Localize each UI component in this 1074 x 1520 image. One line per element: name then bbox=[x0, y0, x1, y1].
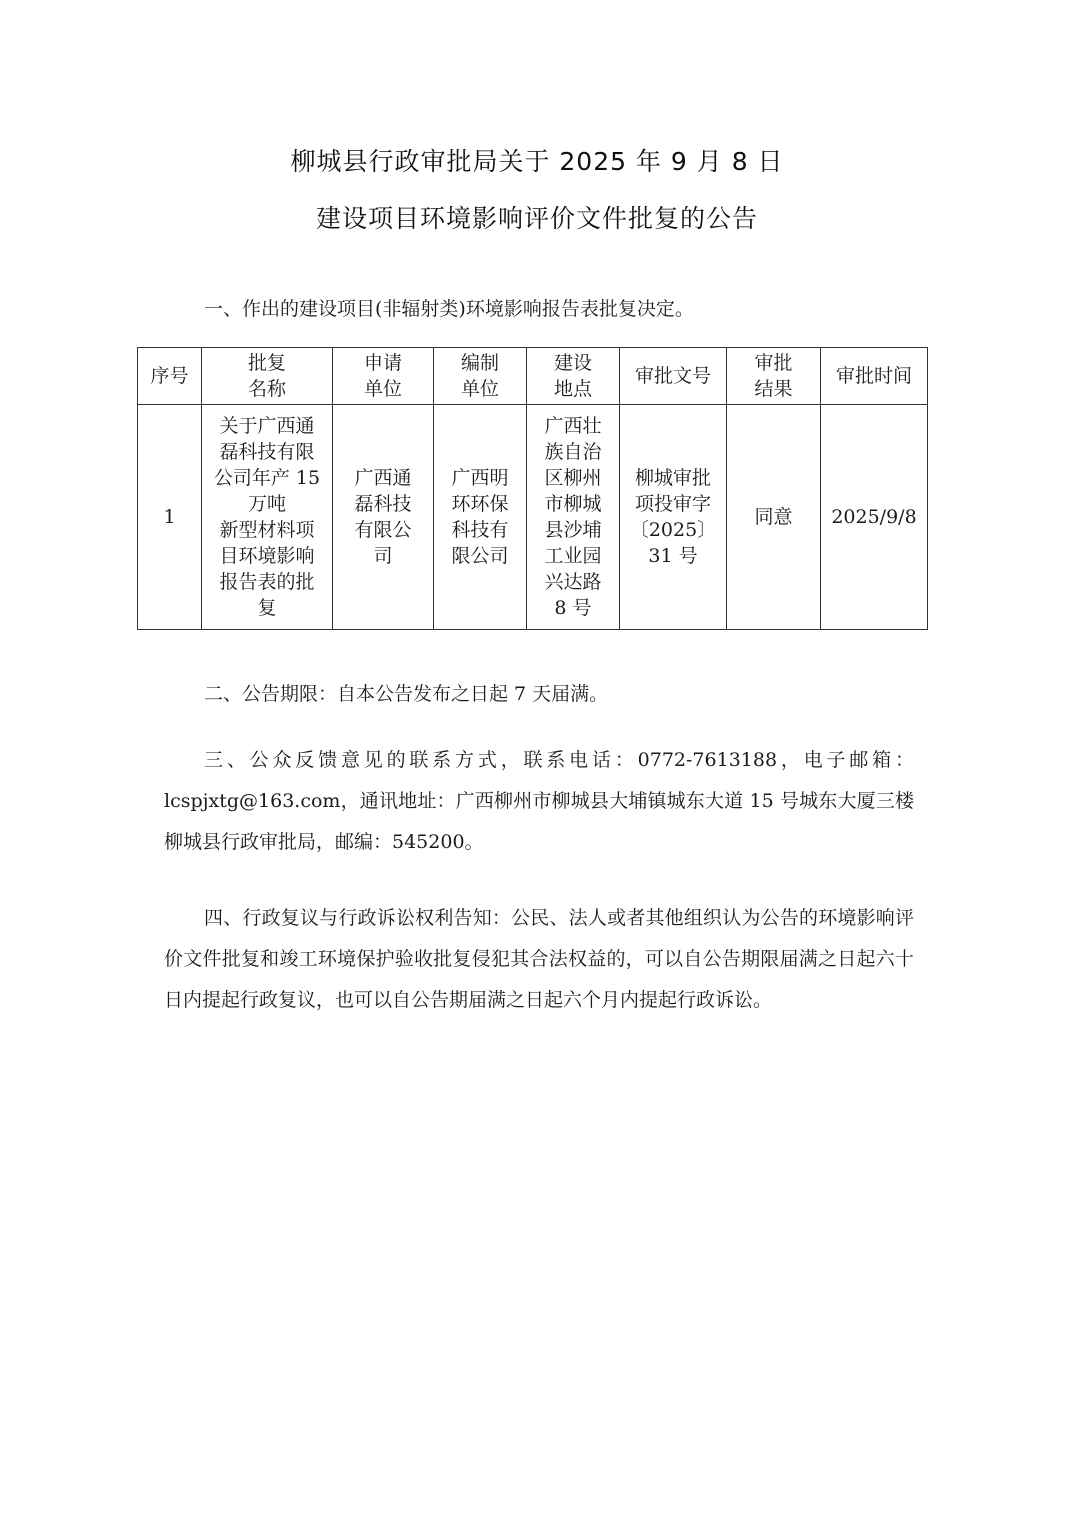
approval-table: 序号 批复 名称 申请 单位 编制 单位 建设 地点 审批文号 审批 结果 审批… bbox=[137, 347, 928, 630]
header-compiler: 编制 单位 bbox=[434, 348, 527, 405]
cell-approval-name: 关于广西通 磊科技有限 公司年产 15 万吨 新型材料项 目环境影响 报告表的批… bbox=[202, 405, 333, 630]
header-index: 序号 bbox=[138, 348, 202, 405]
document-title-line2: 建设项目环境影响评价文件批复的公告 bbox=[0, 199, 1074, 235]
table-row: 1 关于广西通 磊科技有限 公司年产 15 万吨 新型材料项 目环境影响 报告表… bbox=[138, 405, 928, 630]
cell-applicant: 广西通 磊科技 有限公 司 bbox=[333, 405, 434, 630]
section-3-contact-info: 三、公众反馈意见的联系方式，联系电话：0772-7613188，电子邮箱：lcs… bbox=[164, 740, 914, 863]
header-approval-name: 批复 名称 bbox=[202, 348, 333, 405]
section-4-legal-rights: 四、行政复议与行政诉讼权利告知：公民、法人或者其他组织认为公告的环境影响评价文件… bbox=[164, 898, 914, 1021]
cell-compiler: 广西明 环环保 科技有 限公司 bbox=[434, 405, 527, 630]
table-header-row: 序号 批复 名称 申请 单位 编制 单位 建设 地点 审批文号 审批 结果 审批… bbox=[138, 348, 928, 405]
cell-index: 1 bbox=[138, 405, 202, 630]
header-location: 建设 地点 bbox=[527, 348, 620, 405]
header-applicant: 申请 单位 bbox=[333, 348, 434, 405]
cell-date: 2025/9/8 bbox=[821, 405, 928, 630]
section-2-notice-period: 二、公告期限：自本公告发布之日起 7 天届满。 bbox=[164, 674, 914, 715]
cell-location: 广西壮 族自治 区柳州 市柳城 县沙埔 工业园 兴达路 8 号 bbox=[527, 405, 620, 630]
section-1-heading: 一、作出的建设项目(非辐射类)环境影响报告表批复决定。 bbox=[164, 289, 914, 330]
document-title-line1: 柳城县行政审批局关于 2025 年 9 月 8 日 bbox=[0, 142, 1074, 178]
cell-result: 同意 bbox=[727, 405, 821, 630]
header-result: 审批 结果 bbox=[727, 348, 821, 405]
header-date: 审批时间 bbox=[821, 348, 928, 405]
header-doc-number: 审批文号 bbox=[620, 348, 727, 405]
cell-doc-number: 柳城审批 项投审字 〔2025〕 31 号 bbox=[620, 405, 727, 630]
